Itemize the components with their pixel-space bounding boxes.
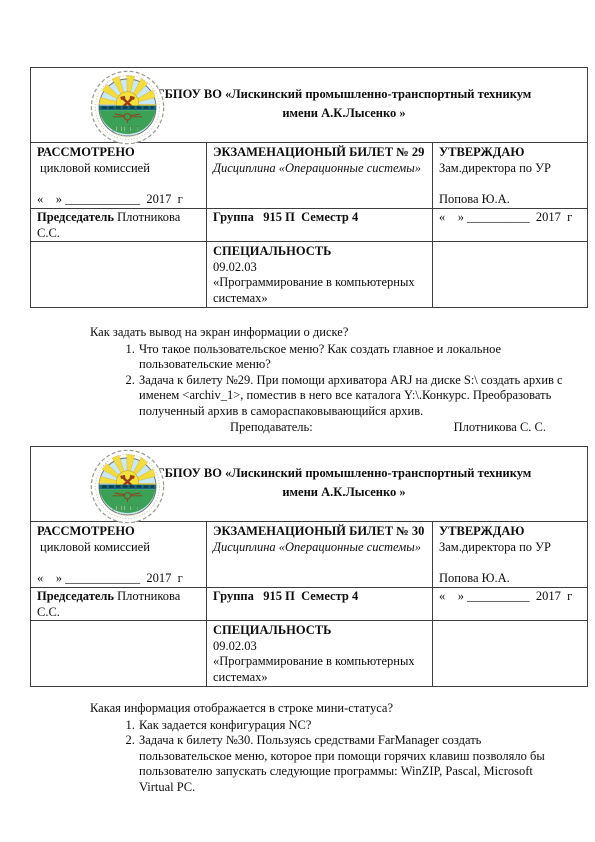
reviewed-cell: РАССМОТРЕНО цикловой комиссией « » _____… — [31, 522, 207, 588]
ticket-table: ЛПТТ ГБПОУ ВО «Лискинский промышленно-тр… — [30, 67, 588, 308]
question-item: Как задается конфигурация NC? — [138, 718, 568, 734]
lead-question: Какая информация отображается в строке м… — [90, 701, 587, 717]
institution-header-cell: ЛПТТ ГБПОУ ВО «Лискинский промышленно-тр… — [31, 68, 588, 143]
group-semester-cell: Группа 915 П Семестр 4 — [207, 588, 433, 621]
approver-name: Попова Ю.А. — [439, 192, 582, 208]
specialty-name: «Программирование в компьютерных система… — [213, 654, 427, 685]
questions-block: Как задать вывод на экран информации о д… — [30, 325, 587, 436]
college-emblem-logo: ЛПТТ — [89, 69, 166, 146]
reviewed-cell: РАССМОТРЕНО цикловой комиссией « » _____… — [31, 143, 207, 209]
empty-cell — [433, 621, 588, 687]
teacher-label: Преподаватель: — [230, 420, 313, 436]
exam-ticket-block-30: ЛПТТ ГБПОУ ВО «Лискинский промышленно-тр… — [30, 446, 587, 795]
approve-date-cell: « » __________ 2017 г — [433, 588, 588, 621]
specialty-cell: СПЕЦИАЛЬНОСТЬ 09.02.03 «Программирование… — [207, 621, 433, 687]
emblem-icon: ЛПТТ — [89, 448, 166, 525]
approve-subheading: Зам.директора по УР — [439, 161, 582, 177]
question-list: Что такое пользовательское меню? Как соз… — [90, 342, 587, 420]
ticket-table: ЛПТТ ГБПОУ ВО «Лискинский промышленно-тр… — [30, 446, 588, 687]
approve-cell: УТВЕРЖДАЮ Зам.директора по УР Попова Ю.А… — [433, 143, 588, 209]
reviewed-date-line: « » ____________ 2017 г — [37, 571, 201, 587]
spacer — [37, 176, 201, 192]
emblem-letters: ЛПТТ — [113, 124, 143, 133]
question-item: Задача к билету №30. Пользуясь средствам… — [138, 733, 568, 795]
specialty-heading: СПЕЦИАЛЬНОСТЬ — [213, 244, 427, 260]
teacher-signature-row: Преподаватель: Плотникова С. С. — [90, 420, 587, 436]
exam-ticket-block-29: ЛПТТ ГБПОУ ВО «Лискинский промышленно-тр… — [30, 67, 587, 436]
empty-cell — [31, 242, 207, 308]
questions-block: Какая информация отображается в строке м… — [30, 701, 587, 795]
reviewed-subheading: цикловой комиссией — [37, 161, 201, 177]
group-semester-cell: Группа 915 П Семестр 4 — [207, 209, 433, 242]
spacer — [439, 555, 582, 571]
specialty-name: «Программирование в компьютерных система… — [213, 275, 427, 306]
question-item: Что такое пользовательское меню? Как соз… — [138, 342, 568, 373]
specialty-code: 09.02.03 — [213, 260, 427, 276]
spacer — [439, 176, 582, 192]
reviewed-heading: РАССМОТРЕНО — [37, 524, 201, 540]
exam-ticket-title: ЭКЗАМЕНАЦИОНЫЙ БИЛЕТ № 29 — [213, 145, 427, 161]
empty-cell — [31, 621, 207, 687]
institution-header-cell: ЛПТТ ГБПОУ ВО «Лискинский промышленно-тр… — [31, 447, 588, 522]
chair-cell: Председатель Плотникова С.С. — [31, 588, 207, 621]
reviewed-heading: РАССМОТРЕНО — [37, 145, 201, 161]
exam-title-cell: ЭКЗАМЕНАЦИОНЫЙ БИЛЕТ № 30 Дисциплина «Оп… — [207, 522, 433, 588]
chair-label: Председатель — [37, 589, 114, 603]
document-page: ЛПТТ ГБПОУ ВО «Лискинский промышленно-тр… — [0, 0, 595, 842]
exam-discipline: Дисциплина «Операционные системы» — [213, 540, 427, 556]
reviewed-subheading: цикловой комиссией — [37, 540, 201, 556]
empty-cell — [433, 242, 588, 308]
college-emblem-logo: ЛПТТ — [89, 448, 166, 525]
chair-cell: Председатель Плотникова С.С. — [31, 209, 207, 242]
specialty-cell: СПЕЦИАЛЬНОСТЬ 09.02.03 «Программирование… — [207, 242, 433, 308]
approve-heading: УТВЕРЖДАЮ — [439, 145, 582, 161]
reviewed-date-line: « » ____________ 2017 г — [37, 192, 201, 208]
specialty-heading: СПЕЦИАЛЬНОСТЬ — [213, 623, 427, 639]
emblem-letters: ЛПТТ — [113, 503, 143, 512]
question-item: Задача к билету №29. При помощи архивато… — [138, 373, 568, 420]
institution-title-line1: ГБПОУ ВО «Лискинский промышленно-транспо… — [111, 464, 577, 483]
approve-subheading: Зам.директора по УР — [439, 540, 582, 556]
exam-ticket-title: ЭКЗАМЕНАЦИОНЫЙ БИЛЕТ № 30 — [213, 524, 427, 540]
institution-title-line1: ГБПОУ ВО «Лискинский промышленно-транспо… — [111, 85, 577, 104]
approve-date-cell: « » __________ 2017 г — [433, 209, 588, 242]
exam-discipline: Дисциплина «Операционные системы» — [213, 161, 427, 177]
question-list: Как задается конфигурация NC? Задача к б… — [90, 718, 587, 796]
emblem-icon: ЛПТТ — [89, 69, 166, 146]
chair-label: Председатель — [37, 210, 114, 224]
institution-title-line2: имени А.К.Лысенко » — [111, 483, 577, 502]
specialty-code: 09.02.03 — [213, 639, 427, 655]
exam-title-cell: ЭКЗАМЕНАЦИОНЫЙ БИЛЕТ № 29 Дисциплина «Оп… — [207, 143, 433, 209]
teacher-name: Плотникова С. С. — [454, 420, 546, 436]
spacer — [37, 555, 201, 571]
approve-cell: УТВЕРЖДАЮ Зам.директора по УР Попова Ю.А… — [433, 522, 588, 588]
approve-heading: УТВЕРЖДАЮ — [439, 524, 582, 540]
lead-question: Как задать вывод на экран информации о д… — [90, 325, 587, 341]
approver-name: Попова Ю.А. — [439, 571, 582, 587]
institution-title-line2: имени А.К.Лысенко » — [111, 104, 577, 123]
